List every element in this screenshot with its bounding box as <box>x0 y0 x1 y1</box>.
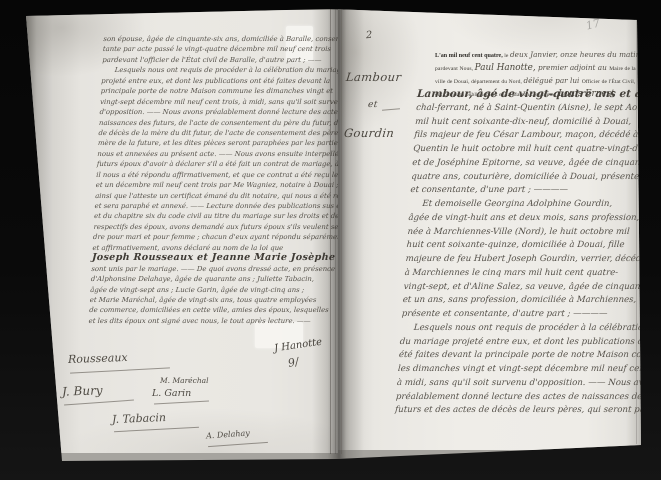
book-gutter-shadow <box>312 0 364 480</box>
right-page-act-text: Lambour, âgé de vingt-quatre ans et quat… <box>394 88 641 418</box>
text-line: vingt-sept, et d'Aline Salez, sa veuve, … <box>403 281 640 295</box>
text-line: et Marie Maréchal, âgée de vingt-six ans… <box>89 295 332 305</box>
page-edge-line <box>335 8 336 454</box>
text-line: préalablement donné lecture des actes de… <box>395 391 632 405</box>
text-line: majeure de feu Hubert Joseph Gourdin, ve… <box>405 253 641 267</box>
page-edge-line <box>341 8 342 454</box>
left-page: son épouse, âgée de cinquante-six ans, d… <box>24 10 338 453</box>
text-line: et les dits époux ont signé avec nous, l… <box>88 316 331 326</box>
text-line: à midi, sans qu'il soit survenu d'opposi… <box>396 377 633 391</box>
signature-flourish <box>114 427 199 432</box>
text-line: pardevant l'officier de l'État civil de … <box>102 55 338 65</box>
page-edge-line <box>330 8 331 454</box>
text-line: dre pour mari et pour femme ; chacun d'e… <box>93 232 336 242</box>
text-line: et du chapitre six du code civil au titr… <box>94 211 337 221</box>
text-line: âgée de vingt-sept ans ; Lucie Garin, âg… <box>90 285 333 295</box>
text-line: tante par acte passé le vingt-quatre déc… <box>103 44 338 54</box>
text-line: vingt-sept décembre mil neuf cent trois,… <box>100 97 338 107</box>
text-line: Quentin le huit octobre mil huit cent qu… <box>413 143 641 157</box>
text-line: née à Marchiennes-Ville (Nord), le huit … <box>407 226 641 240</box>
text-line: futurs époux d'avoir à déclarer s'il a é… <box>97 159 338 169</box>
text-line: quatre ans, couturière, domiciliée à Dou… <box>411 171 641 185</box>
text-line: et de Joséphine Epitorne, sa veuve, âgée… <box>412 157 641 171</box>
text-line: et un ans, sans profession, domiciliée à… <box>402 294 639 308</box>
preamble-line: ville de Douai, département du Nord, dél… <box>435 68 637 81</box>
page-edge-line <box>636 20 637 444</box>
left-page-act-text: son épouse, âgée de cinquante-six ans, d… <box>88 34 338 326</box>
text-line: été faites devant la principale porte de… <box>398 349 635 363</box>
signature-garin: L. Garin <box>152 388 191 399</box>
text-line: il nous a été répondu affirmativement, e… <box>96 170 338 180</box>
text-line: mil huit cent soixante-dix-neuf, domicil… <box>415 116 641 130</box>
pencil-page-number: 17 <box>585 16 602 32</box>
text-line: respectifs des époux, avons demandé aux … <box>93 222 336 232</box>
text-line: les dimanches vingt et vingt-sept décemb… <box>397 363 634 377</box>
margin-flourish <box>382 108 400 111</box>
text-line: huit cent soixante-quinze, domiciliée à … <box>406 239 641 253</box>
act-number: 2 <box>366 30 373 41</box>
register-book-spread: son épouse, âgée de cinquante-six ans, d… <box>0 0 661 480</box>
text-line: son épouse, âgée de cinquante-six ans, d… <box>103 34 338 44</box>
text-line: sont unis par le mariage. —— De quoi avo… <box>91 264 334 274</box>
preamble-line: pardevant Nous, Paul Hanotte, premier ad… <box>435 55 637 68</box>
text-line: de commerce, domiciliées en cette ville,… <box>89 305 332 315</box>
text-line: nous et annexées au présent acte. —— Nou… <box>97 149 338 159</box>
preamble-line: L'an mil neuf cent quatre, le deux Janvi… <box>435 42 637 55</box>
text-line: fils majeur de feu César Lambour, maçon,… <box>414 129 641 143</box>
signature-flourish <box>64 400 134 406</box>
text-line: et sera paraphé et annexé. —— Lecture do… <box>94 201 337 211</box>
text-line: Lesquels nous ont requis de procéder à l… <box>400 322 637 336</box>
text-line: et consentante, d'une part ; ———— <box>410 184 641 198</box>
signature-bury: J. Bury <box>62 383 103 398</box>
text-line: naissances des futurs, de l'acte de cons… <box>99 118 338 128</box>
text-line: Lambour, âgé de vingt-quatre ans et quat… <box>417 88 641 102</box>
signature-flourish <box>154 401 209 405</box>
signature-rousseaux: Rousseaux <box>68 351 128 366</box>
right-page: 17 2 Lambour et Gourdin L'an mil neuf ce… <box>338 8 641 450</box>
text-line: d'Alphonsine Delahaye, âgée de quarante … <box>91 274 334 284</box>
text-line: Joseph Rousseaux et Jeanne Marie Josèphe… <box>92 253 335 263</box>
scanner-background: son épouse, âgée de cinquante-six ans, d… <box>0 0 661 480</box>
signature-delahay: A. Delahay <box>206 428 250 440</box>
text-line: de décès de la mère du dit futur, de l'a… <box>98 128 338 138</box>
text-line: principale porte de notre Maison commune… <box>100 86 338 96</box>
signature-marechal: M. Maréchal <box>160 376 209 385</box>
printed-preamble: L'an mil neuf cent quatre, le deux Janvi… <box>435 42 637 94</box>
text-line: chal-ferrant, né à Saint-Quentin (Aisne)… <box>416 102 641 116</box>
signature-flourish <box>208 442 268 447</box>
signature-tabacin: J. Tabacin <box>112 411 166 426</box>
text-line: à Marchiennes le cinq mars mil huit cent… <box>404 267 641 281</box>
text-line: âgée de vingt-huit ans et deux mois, san… <box>408 212 641 226</box>
text-line: du mariage projeté entre eux, et dont le… <box>399 336 636 350</box>
margin-name-et: et <box>367 100 378 110</box>
text-line: et un décembre mil neuf cent trois par M… <box>95 180 338 190</box>
text-line: présente et consentante, d'autre part ; … <box>401 308 638 322</box>
text-line: Lesquels nous ont requis de procéder à l… <box>101 65 338 75</box>
text-line: projeté entre eux, et dont les publicati… <box>101 76 338 86</box>
text-line: mère de la future, et les dites pièces s… <box>98 138 338 148</box>
text-line: ainsi que l'atteste un certificat émané … <box>95 191 338 201</box>
text-line: futurs et des actes de décès de leurs pè… <box>394 404 631 418</box>
signature-flourish <box>70 367 170 373</box>
text-line: d'opposition. —— Nous avons préalablemen… <box>99 107 338 117</box>
official-paraph: 9/ <box>287 355 300 370</box>
text-line: Et demoiselle Georgina Adolphine Gourdin… <box>409 198 641 212</box>
